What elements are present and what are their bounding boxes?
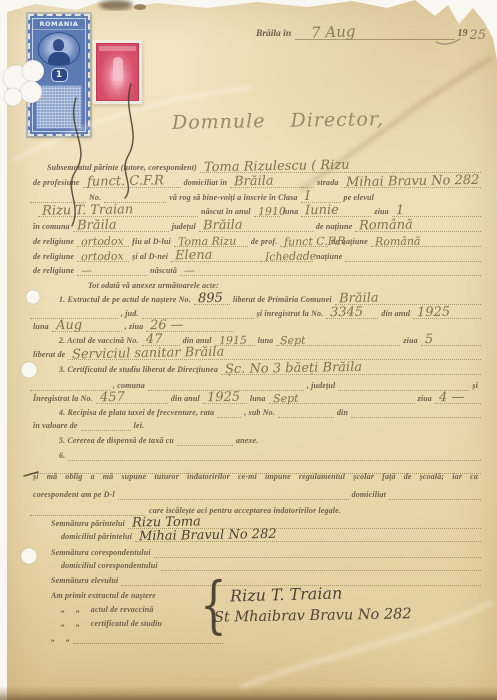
blank-line [30,192,86,203]
blank-with-handwriting: ortodox [77,251,129,262]
form-row: 2. Actul de vaccină No.47din anul1915lun… [30,334,481,346]
blank-line [30,380,110,391]
handwritten-text: 457 [100,390,125,405]
form-row: domiciliul părinteluiMihai Bravul No 282 [30,530,481,542]
printed-label: și [469,381,481,391]
blank-line [161,560,481,571]
blank-with-handwriting: Rizu T. Traian [38,206,198,217]
printed-label: lei. [131,421,148,431]
handwritten-text: 1925 [207,390,240,406]
printed-label: luna [255,336,277,346]
form-row: 3. Certificatul de studiu liberat de Dir… [30,363,481,375]
spacer [30,519,48,529]
blank-with-handwriting: Brăila [230,177,314,188]
blank-line [345,251,481,262]
printed-label: Înregistrat la No. [30,394,96,404]
printed-label: „ „ actul de revaccină [58,605,156,615]
handwritten-text: 1925 [417,305,450,321]
stamp-talon [36,85,82,129]
printed-label: în comuna [30,222,73,232]
received-brace: { [200,574,226,638]
handwritten-text: Elena [175,248,213,264]
handwritten-text: — [184,264,195,277]
handwritten-text: Brăila [234,174,274,190]
scanned-document: Brăila în 7 Aug 19 25 Domnule Director, … [0,0,497,700]
printed-label: liberat de Primăria Comunei [230,295,335,305]
spacer [30,163,44,173]
form-row: de religiune—născută— [30,264,481,276]
printed-label: Am primit extractul de naștere [48,591,159,601]
handwritten-text: 1 [396,203,405,218]
printed-label: 6. [56,451,68,461]
handwritten-text: Sept [272,392,298,405]
blank-with-handwriting: 1910 [254,206,280,217]
handwritten-text: ortodox [81,250,124,264]
printed-label: luna [247,394,269,404]
printed-label: liberat de [30,350,68,360]
handwritten-text: Șc. No 3 băeți Brăila [225,360,362,377]
blank-line [217,407,241,418]
spacer [30,451,56,461]
blank-line [351,407,481,418]
handwritten-text: 4 — [439,390,465,405]
blank-with-handwriting: Toma Rizulescu ( Rizu [200,162,481,173]
printed-label: de națiune [313,222,355,232]
printed-label: No. [86,193,104,203]
blank-with-handwriting: 26 — [146,321,234,332]
form-row: corespondent am pe D-ldomiciliat [30,488,481,500]
blank-with-handwriting: Aug [52,321,122,332]
printed-label: din anul [378,309,413,319]
handwritten-text: I [304,189,309,204]
handwritten-text: ortodox [81,235,124,249]
printed-label: din [334,408,351,418]
blank-with-handwriting: funct. C.F.R [83,177,181,188]
form-row: 4. Recipisa de plata taxei de frecventar… [30,406,481,418]
blank-with-handwriting: Toma Rizu [174,236,248,247]
blank-with-handwriting: 1 [392,206,481,217]
printed-label: Tot odată vă anexez următoarele acte: [85,281,222,291]
form-row: 5. Cererea de dispensă de taxă cuanexe. [30,434,481,446]
blank-with-handwriting: Brăila [199,221,313,232]
charity-figure-icon [96,43,139,101]
printed-label: 3. Certificatul de studiu liberat de Dir… [56,365,221,375]
handwritten-text: 1910 [258,205,286,218]
form-row: Rizu T. Traiannăscut în anul1910lunaIuni… [30,205,481,217]
spacer [30,436,56,446]
printed-label: și al D-nei [129,252,171,262]
form-row: , comuna, județulși [30,379,481,391]
blank-line [389,489,481,500]
handwritten-text: funct. C.F.R [86,173,163,189]
printed-label: , sub No. [241,408,278,418]
printed-label: și înregistrat la No. [254,309,327,319]
printed-label: pe elevul [341,193,377,203]
form-row: 1. Extractul de pe actul de naștere No.8… [30,293,481,305]
blank-with-handwriting: ortodox [77,236,129,247]
handwritten-text: Sept [280,334,306,347]
blank-with-handwriting: 3345 [326,308,378,319]
blank-with-handwriting: — [77,265,147,276]
blank-line [177,435,233,446]
form-row: 6. [30,449,481,461]
blank-with-handwriting: I [301,192,341,203]
handwritten-text: Brăila [77,218,117,234]
form-row: domiciliul corespondentului [30,559,481,571]
printed-label: de religiune [30,237,77,247]
form-row: și mă oblig a mă supune tuturor îndatori… [30,470,481,482]
revenue-stamp-blue: ROMANIA 1 [28,14,90,136]
handwritten-text: Rizu T. Traian [42,202,133,219]
blank-line [278,407,334,418]
printed-label: națiune [313,252,345,262]
form-row: „ „ [30,632,481,644]
blank-with-handwriting: 4 — [435,393,481,404]
printed-label: domiciliat în [181,178,231,188]
printed-label: născut în anul [198,207,254,217]
blank-with-handwriting: — [180,265,481,276]
printed-label: ziua [415,394,435,404]
spacer [30,561,58,571]
blank-with-handwriting: Sept [276,335,400,346]
blank-with-handwriting: Brăila [335,294,481,305]
blank-with-handwriting: 5 [421,335,481,346]
printed-label: , ziua [122,322,147,332]
spacer [30,336,56,346]
blank-with-handwriting: 457 [96,393,168,404]
form-row: de religiuneortodoxși al D-neiElenaIched… [30,250,481,262]
form-row: Semnătura corespondentului [30,546,481,558]
printed-label: de religiune [30,266,77,276]
document-title: Domnule Director, [172,108,384,134]
blank-with-handwriting: Brăila [73,221,169,232]
printed-label: „ „ certificatul de studiu [58,619,165,629]
form-row: , jud.și înregistrat la No.3345din anul1… [30,307,481,319]
handwritten-text: — [81,264,92,277]
blank-line [81,420,131,431]
king-portrait-icon [38,32,80,66]
spacer [30,281,85,291]
handwritten-text: Toma Rizulescu ( Rizu [204,158,350,176]
printed-label: vă rog să bine-voiți a înscrie în Clasa [166,193,300,203]
blank-with-handwriting: Română [355,221,481,232]
printed-label: 1. Extractul de pe actul de naștere No. [56,295,194,305]
form-row: în comunaBrăilajudețulBrăilade națiuneRo… [30,220,481,232]
form-row: Înregistrat la No.457din anul1925lunaSep… [30,392,481,404]
blank-with-handwriting: funct C.F.R [280,236,328,247]
form-row: în valoare delei. [30,419,481,431]
handwritten-text: funct C.F.R [284,234,346,248]
spacer [30,365,56,375]
printed-label: , jud. [118,309,142,319]
spacer [30,295,56,305]
handwritten-text: Română [359,218,413,234]
spacer [30,591,48,601]
handwritten-text: 5 [425,332,434,347]
blank-line [104,192,166,203]
spacer [30,207,38,217]
spacer [30,548,48,558]
handwritten-text: Brăila [203,218,243,234]
printed-label: de prof. [248,237,281,247]
form-row: de religiuneortodoxfiu al D-luiToma Rizu… [30,235,481,247]
spacer [30,576,48,586]
blank-with-handwriting: Iunie [301,206,371,217]
blank-with-handwriting: Sept [269,393,415,404]
blank-with-handwriting: 1925 [413,308,481,319]
printed-label: născută [147,266,180,276]
printed-label: domiciliul părintelui [58,532,135,542]
spacer [30,532,58,542]
printed-label: în valoare de [30,421,81,431]
date-underline: 7 Aug [295,26,455,40]
received-signature-handwriting: Rizu T. Traian [230,584,343,606]
form-row: care iscălește aci pentru acceptarea înd… [30,504,481,516]
printed-label: „ „ [48,634,73,644]
paper-bottom-shadow [0,686,497,700]
printed-label: domiciliat [349,490,389,500]
blank-line [118,489,349,500]
printed-label: și mă oblig a mă supune tuturor îndatori… [30,472,481,482]
spacer [30,605,58,615]
printed-label: , județul [304,381,338,391]
form-row: liberat deServiciul sanitar Brăila [30,348,481,360]
spacer [30,634,48,644]
form-row: No.vă rog să bine-voiți a înscrie în Cla… [30,191,481,203]
handwritten-text: Română [375,235,421,249]
blank-with-handwriting: 47 [142,335,180,346]
blank-with-handwriting: 1925 [203,393,247,404]
handwritten-text: Aug [56,318,82,333]
printed-label: Semnătura corespondentului [48,548,154,558]
printed-label: de religiune [30,252,77,262]
handwritten-text: Serviciul sanitar Brăila [72,345,225,363]
spacer [30,408,56,418]
handwritten-text: 895 [198,291,223,306]
blank-with-handwriting: Mihai Bravul No 282 [135,531,481,542]
handwritten-text: Toma Rizu [178,234,236,248]
blank-with-handwriting: Ichedade [261,251,313,262]
handwritten-text: Ichedade [265,250,316,264]
form-row: Tot odată vă anexez următoarele acte: [30,279,481,291]
printed-label: fiu al D-lui [129,237,174,247]
year-prefix: 19 [455,27,469,40]
form-row: Semnătura elevului [30,574,481,586]
blank-with-handwriting: Română [371,236,481,247]
blank-line [30,505,146,516]
place-label: Brăila în [256,28,295,40]
printed-label: 4. Recipisa de plata taxei de frecventar… [56,408,217,418]
date-handwritten: 7 Aug [311,22,356,42]
printed-label: luna [30,322,52,332]
year-handwritten: 25 [469,28,486,43]
handwritten-text: Iunie [305,203,339,219]
printed-label: Subsemnatul părinte (tutore, coresponden… [44,163,200,173]
form-row: de profesiunefunct. C.F.Rdomiciliat înBr… [30,176,481,188]
printed-label: strada [314,178,341,188]
printed-label: ziua [371,207,391,217]
blank-line [154,547,481,558]
blank-with-handwriting: Mihai Bravu No 282 [342,177,482,188]
blank-line [68,450,481,461]
printed-label: Semnătura elevului [48,576,121,586]
stamp-frame: ROMANIA 1 [32,18,86,132]
blank-with-handwriting: Rizu Toma [128,518,481,529]
handwritten-text: 26 — [150,318,184,334]
printed-label: județul [169,222,199,232]
form-row: lunaAug, ziua26 — [30,320,481,332]
handwritten-text: Mihai Bravu No 282 [345,173,479,190]
printed-label: din anul [168,394,203,404]
stamp-country-label: ROMANIA [33,19,85,30]
handwritten-text: 3345 [330,305,363,321]
printed-label: ziua [400,336,420,346]
date-line: Brăila în 7 Aug 19 25 [256,24,486,40]
charity-stamp-red [93,40,142,104]
blank-with-handwriting: Elena [171,251,261,262]
blank-with-handwriting: Serviciul sanitar Brăila [68,349,481,360]
printed-label: domiciliul corespondentului [58,561,161,571]
stamp-value: 1 [51,68,68,82]
printed-label: 2. Actul de vaccină No. [56,336,142,346]
printed-label: anexe. [233,436,261,446]
handwritten-text: Mihai Bravul No 282 [139,527,277,544]
printed-label: corespondent am pe D-l [30,490,118,500]
form-row: Subsemnatul părinte (tutore, coresponden… [30,161,481,173]
blank-with-handwriting: 895 [194,294,230,305]
printed-label: Semnătura părintelui [48,519,128,529]
printed-label: 5. Cererea de dispensă de taxă cu [56,436,177,446]
printed-label: de profesiune [30,178,83,188]
blank-with-handwriting: Șc. No 3 băeți Brăila [221,364,481,375]
spacer [30,619,58,629]
